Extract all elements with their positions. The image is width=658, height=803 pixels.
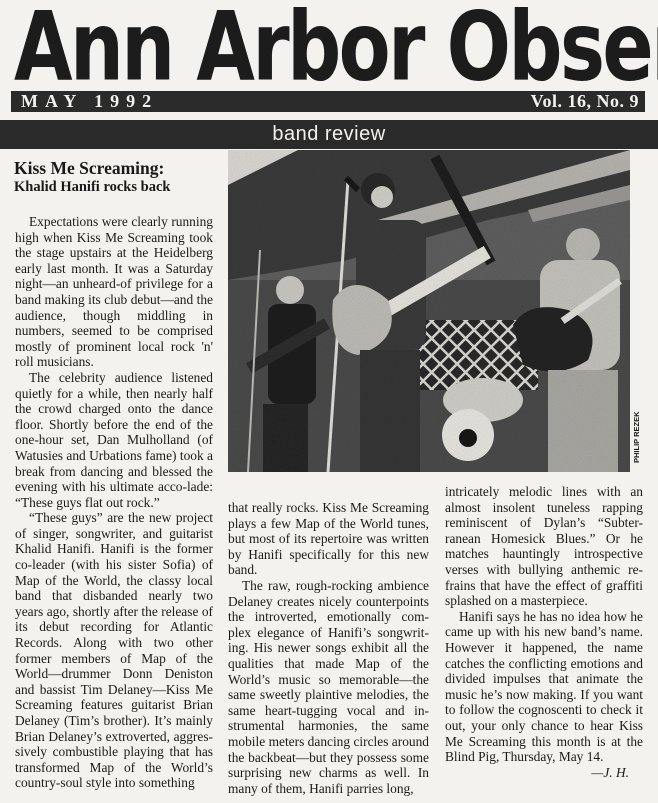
article-paragraph: “These guys” are the new project of sing…: [15, 510, 213, 791]
photo-credit-text: PHILIP REZEK: [632, 411, 641, 463]
article-paragraph: that really rocks. Kiss Me Screaming pla…: [228, 500, 429, 578]
article-column-1: Expectations were clearly running high w…: [15, 214, 213, 791]
band-concert-photo: [228, 150, 630, 472]
article-column-2: that really rocks. Kiss Me Screaming pla…: [228, 500, 429, 796]
article-headline: Kiss Me Screaming:: [14, 158, 224, 178]
section-label: band review: [0, 120, 658, 149]
article-headline-block: Kiss Me Screaming: Khalid Hanifi rocks b…: [14, 158, 224, 196]
issue-date: MAY 1992: [21, 91, 158, 112]
article-column-3: intricately melodic lines with an almost…: [445, 484, 643, 780]
article-paragraph: The celebrity audience listened quietly …: [15, 370, 213, 510]
photo-credit: PHILIP REZEK: [632, 385, 646, 470]
concert-photo-illustration: [228, 150, 630, 472]
issue-date-bar: MAY 1992 Vol. 16, No. 9: [11, 91, 645, 112]
author-signature: —J. H.: [445, 765, 643, 781]
issue-volume: Vol. 16, No. 9: [531, 91, 639, 112]
masthead-title: Ann Arbor Observer: [14, 4, 556, 90]
article-paragraph: Hanifi says he has no idea how he came u…: [445, 609, 643, 765]
article-paragraph: Expectations were clearly running high w…: [15, 214, 213, 370]
article-paragraph: intricately melodic lines with an almost…: [445, 484, 643, 609]
article-subheadline: Khalid Hanifi rocks back: [14, 178, 224, 196]
article-paragraph: The raw, rough-rocking ambience Delaney …: [228, 578, 429, 796]
